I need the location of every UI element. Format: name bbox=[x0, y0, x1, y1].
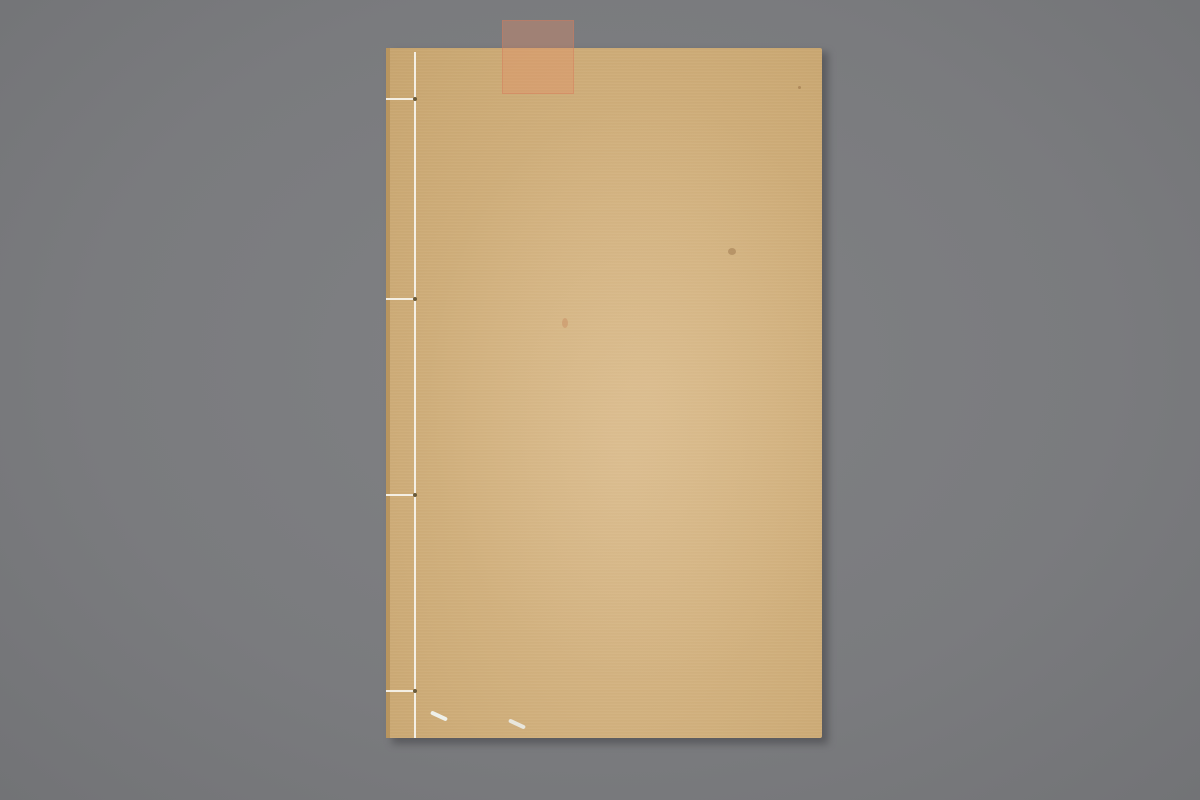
stain-mark bbox=[798, 86, 801, 89]
stitch-knot-4 bbox=[413, 689, 417, 693]
stitch-knot-2 bbox=[413, 297, 417, 301]
frayed-thread bbox=[508, 718, 526, 729]
stitch-1 bbox=[386, 98, 416, 100]
stitch-2 bbox=[386, 298, 416, 300]
stitch-knot-1 bbox=[413, 97, 417, 101]
stain-mark bbox=[728, 248, 736, 255]
stitch-knot-3 bbox=[413, 493, 417, 497]
book-cover bbox=[386, 48, 822, 738]
stain-mark bbox=[562, 318, 568, 328]
stitch-3 bbox=[386, 494, 416, 496]
spine-edge bbox=[386, 48, 390, 738]
faded-seal-label bbox=[502, 20, 574, 94]
frayed-thread bbox=[430, 710, 448, 721]
stitch-4 bbox=[386, 690, 416, 692]
binding-thread bbox=[414, 52, 416, 738]
